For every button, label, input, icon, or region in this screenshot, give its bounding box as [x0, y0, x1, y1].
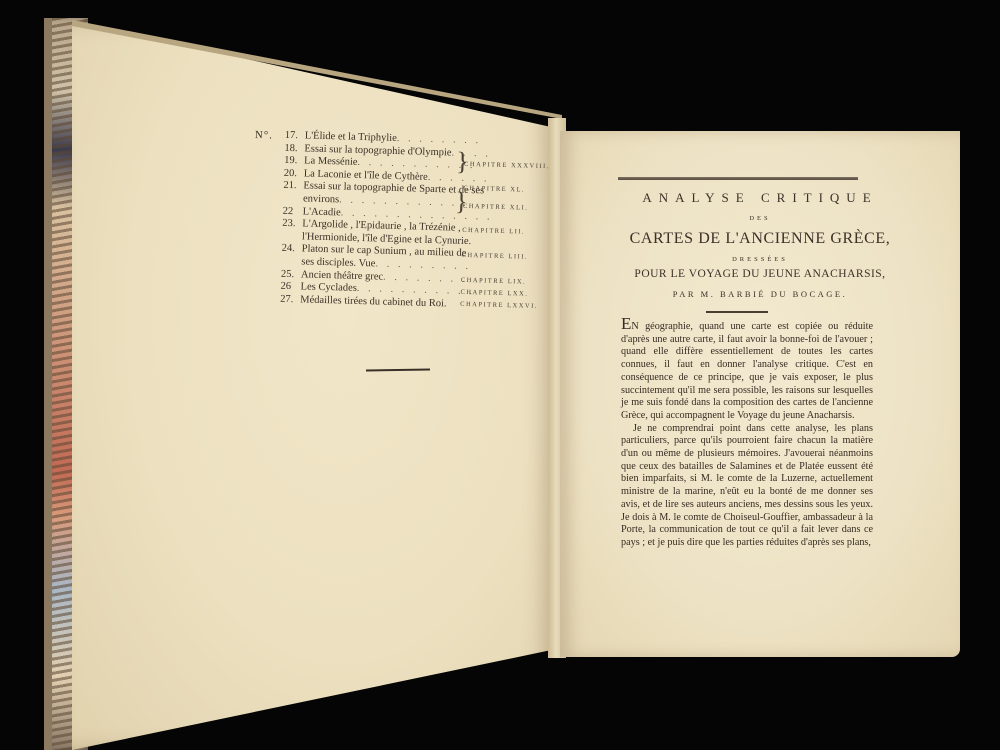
- title-rule: [706, 311, 768, 313]
- left-page: [72, 20, 562, 750]
- heading-cartes: CARTES DE L'ANCIENNE GRÈCE,: [600, 230, 920, 248]
- chapter-ref: CHAPITRE XXXVIII.: [464, 159, 550, 174]
- chapter-ref: CHAPITRE LIII.: [461, 250, 528, 264]
- heading-analyse-critique: ANALYSE CRITIQUE: [600, 190, 920, 206]
- chapter-ref: CHAPITRE LXXVI.: [460, 299, 538, 314]
- header-rule: [618, 177, 858, 180]
- heading-des: DES: [600, 215, 920, 222]
- paragraph-2: Je ne comprendrai point dans cette analy…: [621, 423, 873, 550]
- heading-voyage: POUR LE VOYAGE DU JEUNE ANACHARSIS,: [600, 268, 920, 280]
- chapter-ref: CHAPITRE XL.: [463, 183, 525, 197]
- number-label: N°.: [255, 129, 273, 142]
- heading-author: PAR M. BARBIÉ DU BOCAGE.: [600, 289, 920, 299]
- plates-list: N°. 17.L'Élide et la Triphylie. . . . . …: [250, 129, 555, 314]
- paragraph-1: EN géographie, quand une carte est copié…: [621, 318, 873, 423]
- chapter-ref: CHAPITRE LII.: [462, 225, 525, 239]
- body-text: EN géographie, quand une carte est copié…: [621, 318, 873, 550]
- heading-dressees: DRESSÉES: [600, 256, 920, 263]
- chapter-ref: CHAPITRE XLI.: [463, 201, 529, 215]
